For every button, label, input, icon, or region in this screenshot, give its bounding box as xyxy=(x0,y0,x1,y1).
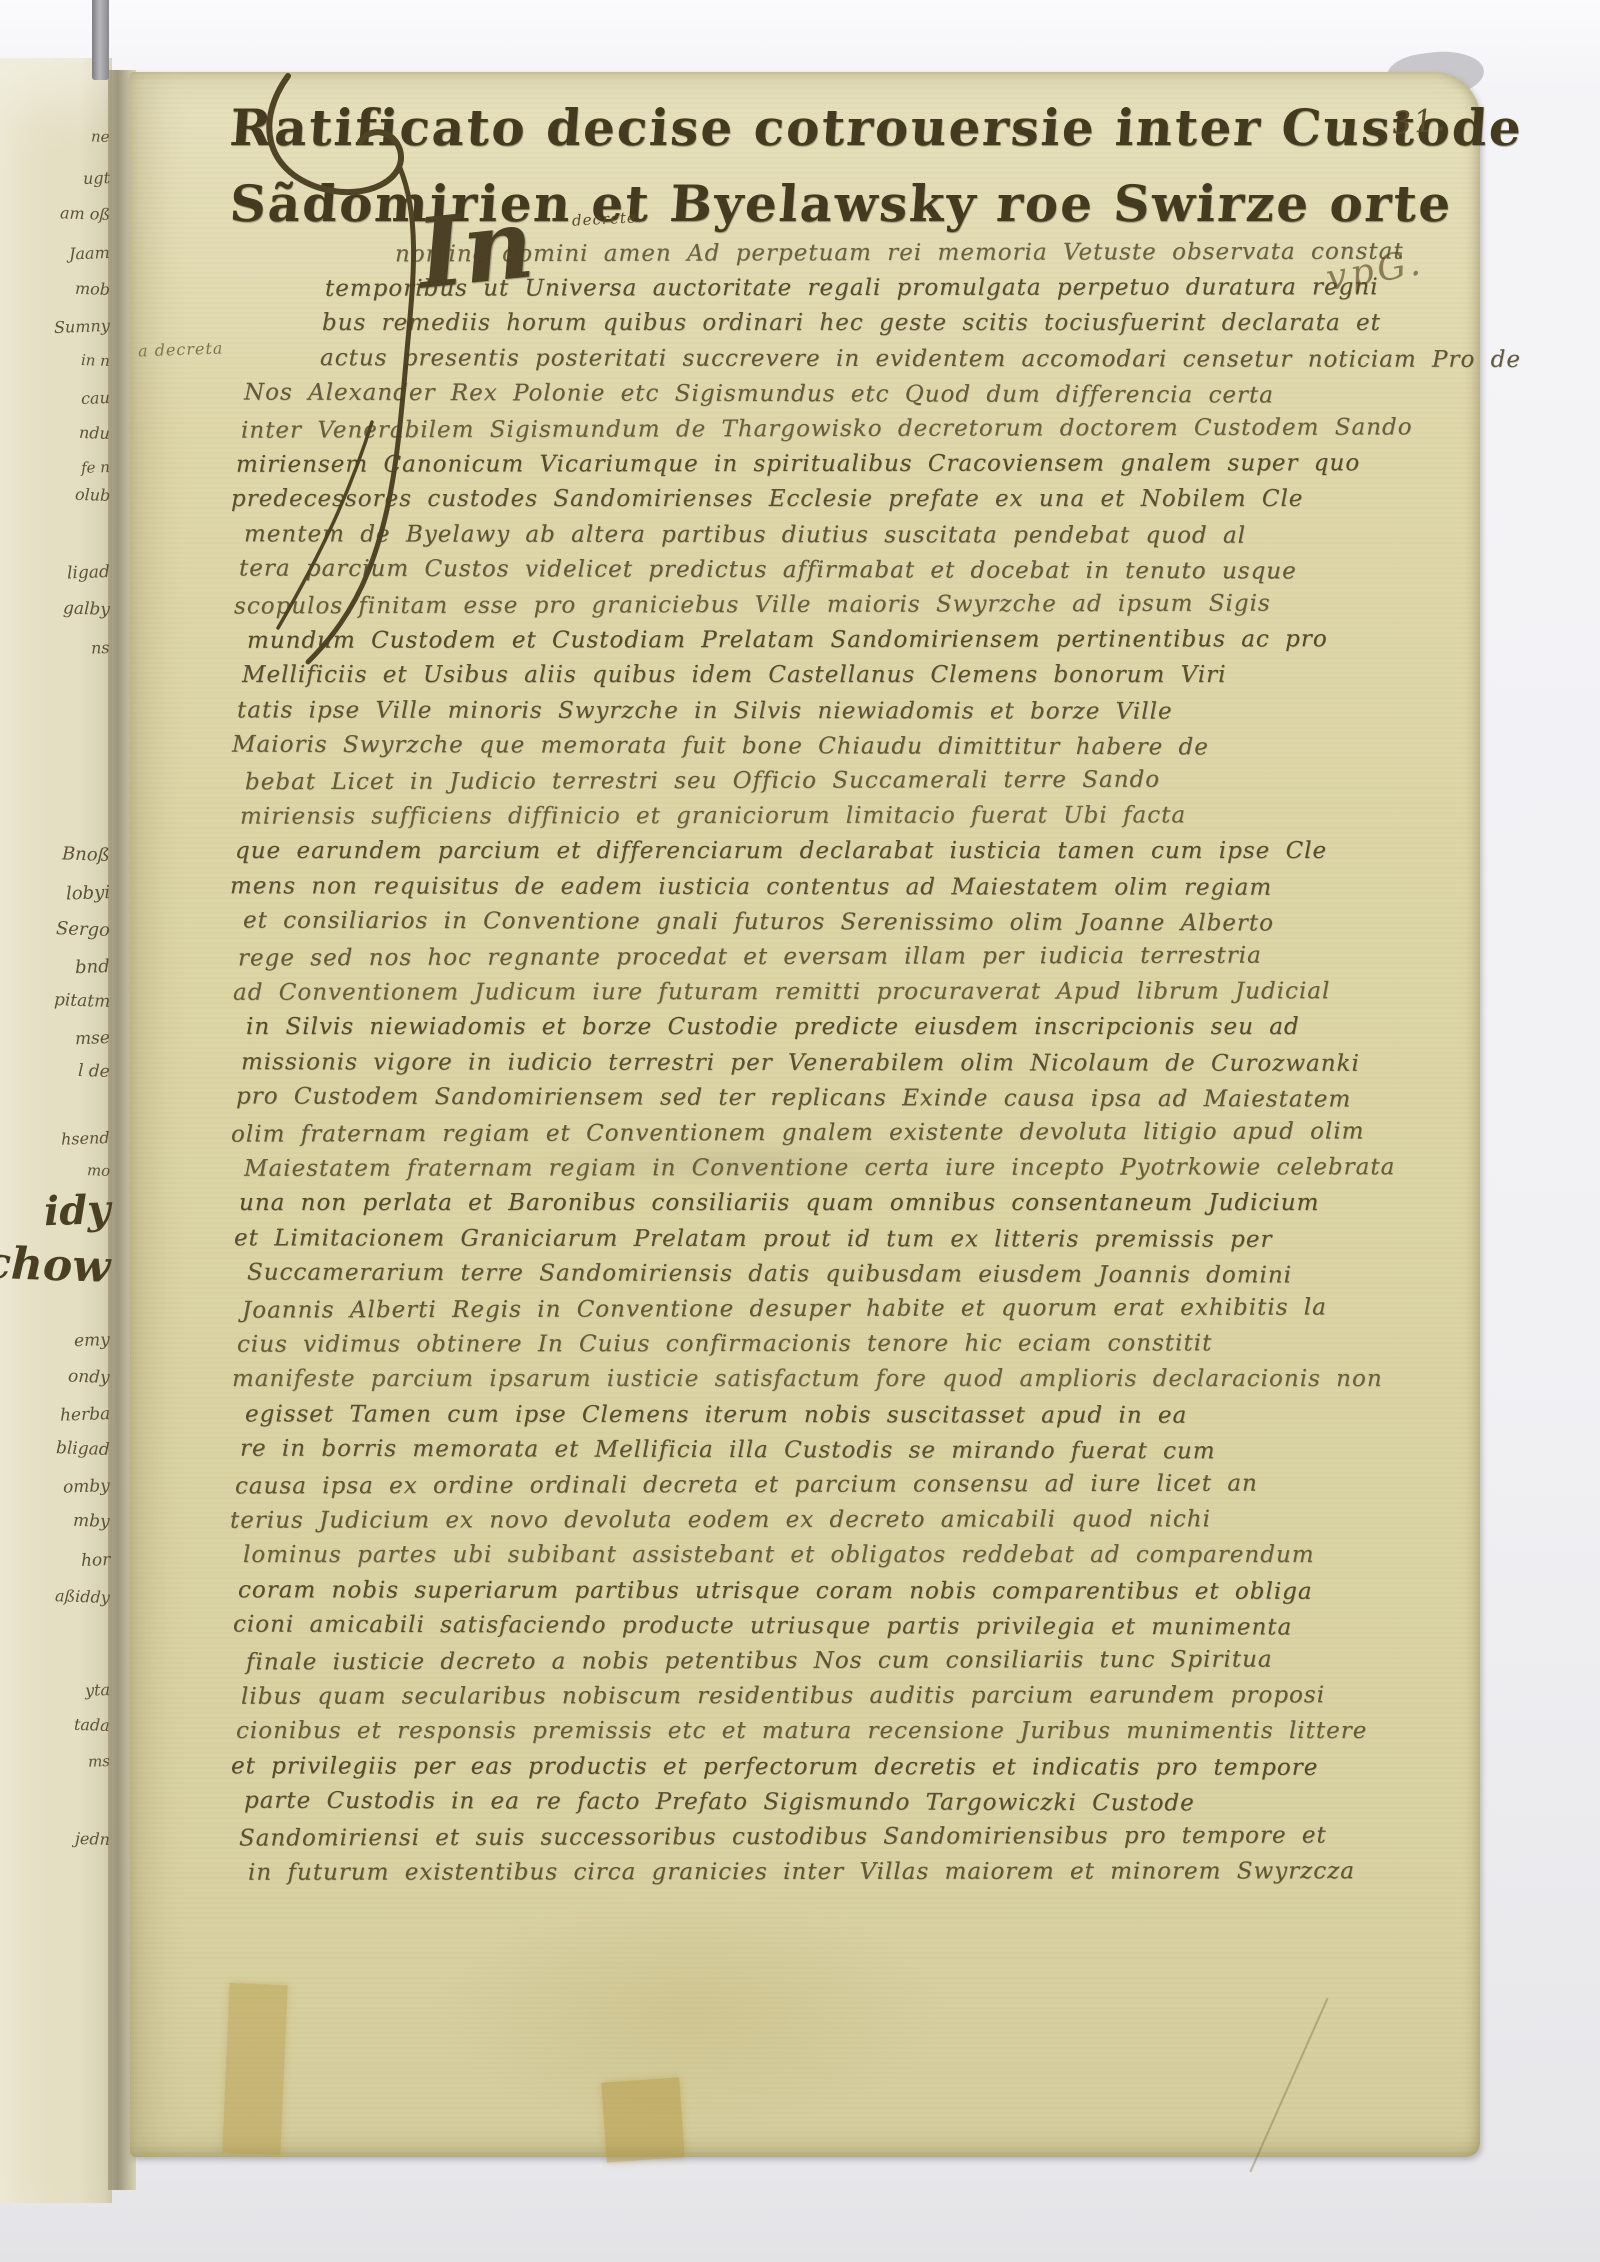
cutoff-text-fragment: ligad xyxy=(67,562,110,583)
manuscript-line: Maioris Swyrzche que memorata fuit bone … xyxy=(232,731,1209,760)
cutoff-text-fragment: emy xyxy=(74,1330,110,1351)
manuscript-line: inter Venerabilem Sigismundum de Thargow… xyxy=(241,414,1413,443)
manuscript-line: in futurum existentibus circa granicies … xyxy=(248,1858,1355,1886)
manuscript-line: miriensis sufficiens diffinicio et grani… xyxy=(240,803,1186,830)
manuscript-line: Maiestatem fraternam regiam in Conventio… xyxy=(244,1154,1395,1182)
manuscript-line: Sandomiriensi et suis successoribus cust… xyxy=(239,1822,1327,1851)
manuscript-line: Joannis Alberti Regis in Conventione des… xyxy=(242,1294,1327,1323)
cutoff-text-fragment: lobyi xyxy=(66,882,111,905)
manuscript-line: mens non requisitus de eadem iusticia co… xyxy=(230,873,1272,900)
cutoff-text-fragment: ns xyxy=(91,638,110,658)
tape-stain-center xyxy=(601,2077,684,2162)
cutoff-text-fragment: herba xyxy=(60,1404,111,1426)
cutoff-text-fragment: tada xyxy=(74,1715,110,1735)
cutoff-text-fragment: rchow xyxy=(0,1237,111,1293)
manuscript-line: libus quam secularibus nobiscum resident… xyxy=(241,1682,1325,1710)
manuscript-line: finale iusticie decreto a nobis petentib… xyxy=(246,1647,1273,1676)
manuscript-line: manifeste parcium ipsarum iusticie satis… xyxy=(232,1366,1383,1392)
manuscript-line: mentem de Byelawy ab altera partibus diu… xyxy=(244,521,1246,548)
cutoff-text-fragment: fe n xyxy=(81,458,110,477)
manuscript-line: tatis ipse Ville minoris Swyrzche in Sil… xyxy=(237,697,1173,724)
manuscript-line: pro Custodem Sandomiriensem sed ter repl… xyxy=(236,1083,1351,1112)
manuscript-line: olim fraternam regiam et Conventionem gn… xyxy=(231,1118,1365,1147)
cutoff-text-fragment: ugt xyxy=(83,168,111,188)
manuscript-line: causa ipsa ex ordine ordinali decreta et… xyxy=(235,1471,1258,1500)
manuscript-line: que earundem parcium et differenciarum d… xyxy=(235,838,1327,864)
manuscript-line: cionibus et responsis premissis etc et m… xyxy=(236,1718,1367,1744)
manuscript-line: et privilegiis per eas productis et perf… xyxy=(231,1753,1318,1781)
interlinear-note: decrete xyxy=(572,208,638,229)
manuscript-line: terius Judicium ex novo devoluta eodem e… xyxy=(230,1507,1211,1534)
cutoff-text-fragment: olub xyxy=(74,485,110,505)
cutoff-text-fragment: mo xyxy=(86,1161,110,1180)
cutoff-text-fragment: idy xyxy=(43,1186,111,1235)
manuscript-line: ad Conventionem Judicum iure futuram rem… xyxy=(233,978,1330,1006)
cutoff-text-fragment: in n xyxy=(81,351,111,370)
manuscript-line: una non perlata et Baronibus consiliarii… xyxy=(239,1190,1319,1216)
folio-number: 31. xyxy=(1391,102,1449,142)
manuscript-line: et consiliarios in Conventione gnali fut… xyxy=(243,907,1274,936)
cutoff-text-fragment: ndu xyxy=(79,423,111,443)
cutoff-text-fragment: omby xyxy=(63,1476,111,1498)
cutoff-text-fragment: pitatm xyxy=(53,990,110,1012)
manuscript-line: missionis vigore in iudicio terrestri pe… xyxy=(241,1049,1360,1077)
manuscript-line: predecessores custodes Sandomirienses Ec… xyxy=(231,486,1303,512)
cutoff-text-fragment: aßiddy xyxy=(55,1586,111,1607)
manuscript-line: rege sed nos hoc regnante procedat et ev… xyxy=(238,943,1262,972)
cutoff-text-fragment: am oß xyxy=(60,203,111,224)
cutoff-text-fragment: Jaam xyxy=(69,243,110,263)
manuscript-line: cioni amicabili satisfaciendo producte u… xyxy=(233,1611,1292,1640)
manuscript-line: re in borris memorata et Mellificia illa… xyxy=(240,1435,1216,1464)
manuscript-line: bebat Licet in Judicio terrestri seu Off… xyxy=(245,767,1160,796)
cutoff-text-fragment: cau xyxy=(81,388,110,408)
manuscript-page: Ratificato decise cotrouersie inter Cust… xyxy=(130,72,1480,2157)
manuscript-scan: neugtam oßJaammobSumnyin ncaundufe nolub… xyxy=(0,0,1600,2262)
manuscript-line: miriensem Canonicum Vicariumque in spiri… xyxy=(236,450,1360,478)
manuscript-line: Nos Alexander Rex Polonie etc Sigismundu… xyxy=(244,379,1274,408)
facing-page-fragments: neugtam oßJaammobSumnyin ncaundufe nolub… xyxy=(0,0,118,2262)
cutoff-text-fragment: hsend xyxy=(61,1128,110,1149)
manuscript-line: actus presentis posteritati succrevere i… xyxy=(320,345,1521,373)
cutoff-text-fragment: l de xyxy=(78,1061,110,1082)
cutoff-text-fragment: Sumny xyxy=(54,316,110,337)
manuscript-line: temporibus ut Universa auctoritate regal… xyxy=(325,274,1379,301)
manuscript-line: cius vidimus obtinere In Cuius confirmac… xyxy=(237,1331,1212,1358)
cutoff-text-fragment: Bnoß xyxy=(62,843,110,866)
cutoff-text-fragment: mby xyxy=(73,1511,110,1532)
tape-stain-left xyxy=(222,1983,287,2155)
manuscript-line: egisset Tamen cum ipse Clemens iterum no… xyxy=(245,1401,1187,1428)
cutoff-text-fragment: Sergo xyxy=(56,918,111,941)
manuscript-line: lominus partes ubi subibant assistebant … xyxy=(243,1542,1315,1568)
manuscript-line: in Silvis niewiadomis et borze Custodie … xyxy=(246,1014,1300,1040)
manuscript-line: Mellificiis et Usibus aliis quibus idem … xyxy=(242,662,1227,688)
manuscript-line: mundum Custodem et Custodiam Prelatam Sa… xyxy=(247,626,1328,654)
water-stain xyxy=(430,1892,950,2132)
cutoff-text-fragment: yta xyxy=(85,1680,111,1700)
manuscript-line: scopulos finitam esse pro graniciebus Vi… xyxy=(234,591,1271,620)
cutoff-text-fragment: ondy xyxy=(68,1367,110,1388)
cutoff-text-fragment: ms xyxy=(88,1752,111,1771)
manuscript-line: Succamerarium terre Sandomiriensis datis… xyxy=(247,1259,1292,1288)
paper-crack xyxy=(1249,1998,1328,2172)
cutoff-text-fragment: galby xyxy=(63,598,111,620)
cutoff-text-fragment: ne xyxy=(91,127,110,146)
cutoff-text-fragment: bnd xyxy=(75,956,110,978)
cutoff-text-fragment: mse xyxy=(75,1028,111,1049)
manuscript-line: bus remediis horum quibus ordinari hec g… xyxy=(322,310,1381,336)
manuscript-line: nomine domini amen Ad perpetuam rei memo… xyxy=(395,239,1404,268)
cutoff-text-fragment: hor xyxy=(80,1550,110,1571)
manuscript-line: tera parcium Custos videlicet predictus … xyxy=(239,555,1297,584)
cutoff-text-fragment: mob xyxy=(75,279,111,299)
cutoff-text-fragment: bligad xyxy=(56,1438,110,1460)
manuscript-line: coram nobis superiarum partibus utrisque… xyxy=(238,1577,1313,1605)
cutoff-text-fragment: jedn xyxy=(75,1829,111,1849)
manuscript-line: parte Custodis in ea re facto Prefato Si… xyxy=(244,1787,1195,1816)
manuscript-line: et Limitacionem Graniciarum Prelatam pro… xyxy=(234,1225,1273,1252)
